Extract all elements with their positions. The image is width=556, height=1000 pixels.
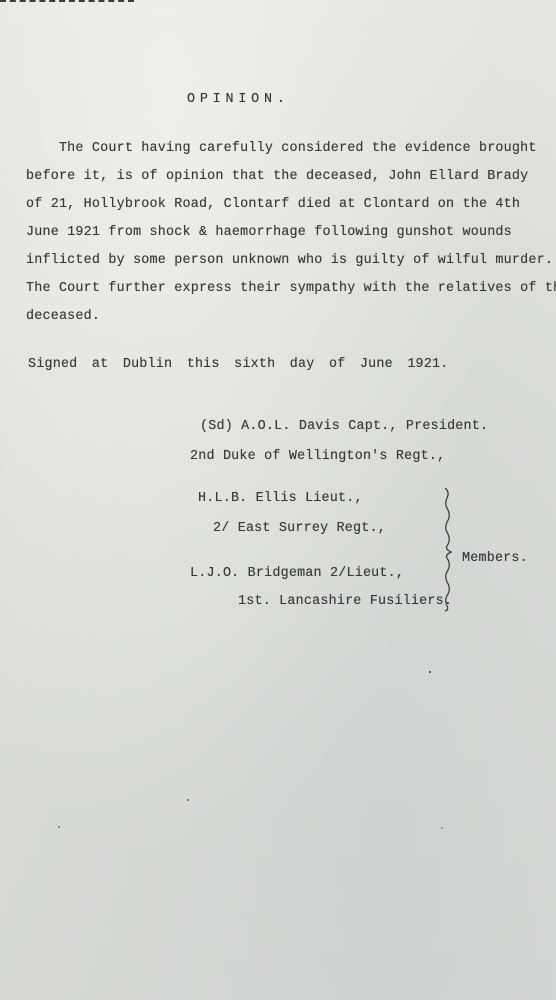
paragraph-line: deceased. (26, 309, 100, 325)
member-1-regiment: 2/ East Surrey Regt., (213, 521, 386, 537)
paragraph-line: before it, is of opinion that the deceas… (26, 169, 528, 185)
paper-speck (58, 826, 60, 828)
signed-line: Signed at Dublin this sixth day of June … (28, 357, 449, 373)
paper-speck (187, 799, 189, 801)
document-title: OPINION. (187, 92, 290, 108)
president-name: (Sd) A.O.L. Davis Capt., President. (200, 419, 488, 435)
members-label: Members. (462, 551, 528, 567)
paper-speck (441, 827, 443, 829)
paragraph-line: The Court having carefully considered th… (26, 141, 537, 157)
paper-speck (429, 671, 431, 673)
president-regiment: 2nd Duke of Wellington's Regt., (190, 449, 445, 465)
title-underline (0, 0, 134, 2)
member-2-name: L.J.O. Bridgeman 2/Lieut., (190, 566, 404, 582)
members-brace (441, 486, 455, 612)
document-page: OPINION. The Court having carefully cons… (0, 0, 556, 1000)
paragraph-line: inflicted by some person unknown who is … (26, 253, 553, 269)
paragraph-line: June 1921 from shock & haemorrhage follo… (26, 225, 512, 241)
paragraph-line: The Court further express their sympathy… (26, 281, 556, 297)
member-2-regiment: 1st. Lancashire Fusiliers. (238, 594, 452, 610)
paragraph-line: of 21, Hollybrook Road, Clontarf died at… (26, 197, 520, 213)
member-1-name: H.L.B. Ellis Lieut., (198, 491, 363, 507)
